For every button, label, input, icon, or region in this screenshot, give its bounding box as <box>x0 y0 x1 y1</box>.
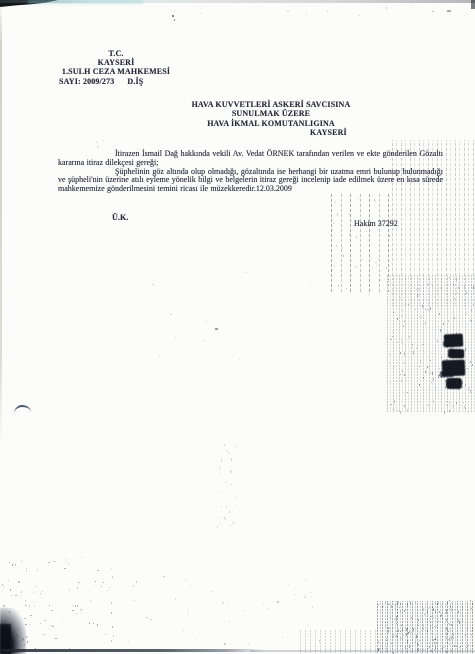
scan-speckle <box>95 581 96 582</box>
scan-speckle <box>432 607 433 608</box>
scan-speckle <box>66 561 67 562</box>
scan-speckle <box>401 315 402 317</box>
scan-artifact-bottom-edge-faint <box>250 650 475 652</box>
scan-speckle <box>453 337 454 339</box>
scan-speckle <box>458 621 459 622</box>
scan-speckle <box>69 648 70 649</box>
scan-speckle <box>75 605 76 607</box>
scan-speckle <box>435 646 436 649</box>
scan-speckle <box>221 460 222 462</box>
scan-speckle <box>349 233 350 235</box>
scan-speckle <box>448 639 449 640</box>
scan-mark <box>174 19 175 21</box>
scan-speckle <box>225 517 226 520</box>
scan-speckle <box>27 641 28 643</box>
scan-speckle <box>393 627 394 628</box>
scan-speckle <box>453 284 454 286</box>
scan-speckle <box>26 636 27 638</box>
scan-speckle <box>231 470 232 473</box>
scan-speckle <box>105 634 107 635</box>
scan-speckle <box>404 610 405 612</box>
scan-speckle <box>22 638 24 640</box>
scan-speckle <box>430 628 431 630</box>
scan-speckle <box>15 564 16 566</box>
scan-speckle <box>413 628 414 630</box>
scan-speckle <box>416 289 417 290</box>
scan-speckle <box>386 640 387 641</box>
court-name: 1.SULH CEZA MAHKEMESİ <box>36 67 196 76</box>
scan-speckle <box>312 606 313 608</box>
scan-speckle <box>77 587 78 589</box>
scan-speckle <box>404 393 405 394</box>
scan-speckle <box>471 634 472 635</box>
scan-speckle <box>409 336 410 338</box>
scan-speckle <box>400 645 401 647</box>
scan-speckle <box>465 348 466 351</box>
scan-speckle <box>423 624 424 626</box>
scan-speckle <box>34 606 35 607</box>
scan-speckle <box>445 380 446 382</box>
scan-speckle <box>37 569 38 571</box>
scan-artifact-ink-blob <box>444 334 464 348</box>
scan-speckle <box>457 293 458 294</box>
scan-speckle <box>398 629 399 632</box>
scan-speckle <box>446 619 447 621</box>
scan-speckle <box>443 647 444 648</box>
scan-speckle <box>400 603 401 605</box>
scan-speckle <box>396 631 397 632</box>
scan-speckle <box>448 370 449 372</box>
scan-speckle <box>402 378 403 379</box>
scan-speckle <box>411 3 412 4</box>
scan-speckle <box>453 406 454 407</box>
scan-speckle <box>358 198 359 199</box>
scan-speckle <box>388 627 389 629</box>
scan-speckle <box>148 6 149 7</box>
scan-speckle <box>29 624 30 625</box>
scan-speckle <box>388 300 389 301</box>
scan-speckle <box>401 310 402 311</box>
scan-speckle <box>427 611 428 613</box>
scan-speckle <box>401 625 402 626</box>
scan-speckle <box>471 631 472 632</box>
scan-speckle <box>51 610 52 611</box>
scan-artifact-left-edge-line <box>0 0 2 450</box>
scan-speckle <box>418 619 419 621</box>
scan-speckle <box>203 340 204 342</box>
scan-speckle <box>97 570 98 571</box>
scan-speckle <box>319 640 320 642</box>
scan-speckle <box>219 467 220 469</box>
scan-speckle <box>400 374 401 375</box>
scan-speckle <box>419 366 420 367</box>
scan-speckle <box>430 625 431 627</box>
scan-speckle <box>397 602 398 605</box>
scan-speckle <box>394 619 395 620</box>
letter-body: İtirazen İsmail Dağ hakkında vekili Av. … <box>58 150 443 194</box>
scan-speckle <box>466 313 467 314</box>
scan-speckle <box>446 359 447 360</box>
scan-speckle <box>327 342 328 343</box>
scan-speckle <box>441 357 442 358</box>
scan-speckle <box>447 646 448 647</box>
scan-speckle <box>229 471 230 472</box>
scan-speckle <box>146 617 148 618</box>
scan-artifact-bottom-edge-line <box>0 649 266 652</box>
scan-speckle <box>309 286 310 287</box>
scan-speckle <box>389 354 390 355</box>
scan-speckle <box>471 320 472 322</box>
scan-speckle <box>185 579 186 580</box>
scan-speckle <box>442 647 443 649</box>
scan-speckle <box>404 321 405 322</box>
scan-speckle <box>396 616 397 617</box>
scan-speckle <box>456 381 457 384</box>
scan-speckle <box>96 141 97 143</box>
scan-speckle <box>199 633 200 634</box>
scan-speckle <box>419 316 420 317</box>
scan-speckle <box>220 470 221 471</box>
scan-speckle <box>400 611 401 612</box>
scan-speckle <box>267 608 268 609</box>
scan-speckle <box>396 601 397 602</box>
scan-speckle <box>468 389 469 390</box>
scan-speckle <box>471 287 472 288</box>
scan-speckle <box>40 623 41 624</box>
scan-speckle <box>385 643 386 645</box>
scan-speckle <box>413 629 414 632</box>
scan-artifact-bottom-right-noise <box>377 601 475 654</box>
scan-speckle <box>69 589 70 591</box>
scan-speckle <box>111 640 112 642</box>
scan-speckle <box>406 651 407 652</box>
scan-speckle <box>423 626 424 627</box>
scan-speckle <box>378 604 379 605</box>
scan-speckle <box>18 628 19 630</box>
scan-mark <box>447 10 451 12</box>
scan-artifact-ink-blob <box>442 360 466 377</box>
scan-speckle <box>472 630 473 631</box>
scan-speckle <box>446 612 447 614</box>
court-header: T.C. KAYSERİ 1.SULH CEZA MAHKEMESİ SAYI:… <box>36 49 196 86</box>
scan-speckle <box>470 390 471 393</box>
scan-speckle <box>239 359 240 360</box>
scan-speckle <box>440 605 441 606</box>
scan-speckle <box>229 511 230 513</box>
scan-speckle <box>434 626 435 627</box>
scan-speckle <box>342 247 343 249</box>
scan-speckle <box>433 608 434 611</box>
scan-speckle <box>419 384 420 386</box>
scan-speckle <box>227 605 228 606</box>
scan-speckle <box>444 646 445 647</box>
scan-speckle <box>446 401 447 402</box>
scan-speckle <box>78 582 80 583</box>
scan-speckle <box>444 321 445 322</box>
scan-speckle <box>407 603 408 606</box>
scan-speckle <box>401 380 402 382</box>
scan-artifact-dotted-lines <box>331 194 389 294</box>
scan-speckle <box>465 384 466 386</box>
scan-speckle <box>233 470 234 471</box>
scan-speckle <box>359 214 360 215</box>
scan-speckle <box>152 284 154 285</box>
scan-speckle <box>433 378 434 381</box>
scan-speckle <box>453 633 454 636</box>
recipient-line-1: HAVA KUVVETLERİ ASKERİ SAVCISINA <box>152 100 390 109</box>
scan-speckle <box>463 354 464 355</box>
scan-speckle <box>44 620 46 621</box>
scan-speckle <box>221 506 222 507</box>
scan-speckle <box>427 283 428 286</box>
scan-speckle <box>220 523 221 525</box>
scan-speckle <box>386 651 387 652</box>
scan-speckle <box>451 636 452 639</box>
scan-speckle <box>134 600 135 601</box>
scan-speckle <box>51 625 52 626</box>
scan-speckle <box>429 646 430 648</box>
scan-speckle <box>436 643 437 644</box>
scan-speckle <box>425 322 426 324</box>
scan-speckle <box>233 522 234 524</box>
scan-speckle <box>380 625 381 626</box>
scan-speckle <box>21 591 22 593</box>
scan-speckle <box>9 634 11 636</box>
scan-speckle <box>396 623 397 624</box>
scan-speckle <box>231 484 232 485</box>
scan-speckle <box>448 320 449 322</box>
scan-speckle <box>409 601 410 602</box>
scan-speckle <box>417 628 418 629</box>
scan-speckle <box>16 635 18 636</box>
scan-speckle <box>446 636 447 637</box>
scan-speckle <box>111 568 112 569</box>
scan-speckle <box>11 595 12 596</box>
scan-speckle <box>418 288 419 290</box>
scan-speckle <box>24 618 26 619</box>
scan-speckle <box>392 336 393 337</box>
scan-speckle <box>226 506 227 507</box>
scan-speckle <box>441 648 442 649</box>
scan-speckle <box>464 286 465 288</box>
scan-speckle <box>418 401 419 402</box>
scan-speckle <box>10 589 11 591</box>
scan-speckle <box>357 263 358 264</box>
scan-speckle <box>465 634 466 636</box>
scan-speckle <box>355 266 356 268</box>
scan-speckle <box>425 299 426 300</box>
scan-speckle <box>111 602 112 604</box>
scan-speckle <box>26 570 27 571</box>
scan-speckle <box>459 647 460 648</box>
scan-speckle <box>412 618 413 619</box>
scan-speckle <box>3 586 4 587</box>
scan-speckle <box>449 277 450 278</box>
scan-artifact-top-right-tick <box>471 0 475 9</box>
scan-speckle <box>334 265 335 267</box>
scan-speckle <box>29 605 30 607</box>
scan-speckle <box>429 642 430 644</box>
scan-speckle <box>469 387 470 389</box>
scan-speckle <box>402 629 403 631</box>
scan-speckle <box>429 620 430 621</box>
scan-speckle <box>446 638 447 639</box>
scan-speckle <box>183 630 184 631</box>
scan-artifact-ink-blob <box>448 349 464 359</box>
scan-speckle <box>401 338 402 339</box>
scan-speckle <box>441 614 442 616</box>
scan-speckle <box>12 564 13 566</box>
scan-speckle <box>402 638 403 639</box>
scan-speckle <box>55 638 57 639</box>
scan-mark <box>432 11 434 12</box>
scan-speckle <box>200 13 201 14</box>
scanned-document-page: T.C. KAYSERİ 1.SULH CEZA MAHKEMESİ SAYI:… <box>0 0 475 654</box>
scan-speckle <box>72 610 74 611</box>
scan-speckle <box>459 364 460 365</box>
scan-speckle <box>410 602 411 605</box>
scan-speckle <box>419 632 420 633</box>
scan-speckle <box>431 616 432 617</box>
scan-speckle <box>431 284 432 285</box>
scan-speckle <box>175 337 176 338</box>
scan-speckle <box>381 634 382 635</box>
scan-speckle <box>402 609 403 610</box>
scan-speckle <box>112 576 113 578</box>
scan-speckle <box>2 584 3 585</box>
scan-speckle <box>416 635 417 638</box>
scan-speckle <box>409 630 410 633</box>
scan-speckle <box>456 646 457 647</box>
scan-speckle <box>9 611 10 613</box>
scan-speckle <box>362 259 363 260</box>
scan-speckle <box>9 562 10 563</box>
scan-speckle <box>222 602 224 604</box>
scan-speckle <box>244 610 245 611</box>
scan-speckle <box>415 308 416 310</box>
clerk-initials: Ü.K. <box>112 213 128 222</box>
scan-speckle <box>427 648 428 649</box>
scan-speckle <box>451 610 452 611</box>
scan-speckle <box>395 604 396 606</box>
scan-speckle <box>223 480 224 481</box>
scan-speckle <box>371 244 372 245</box>
scan-speckle <box>411 632 412 633</box>
scan-speckle <box>389 235 390 237</box>
scan-speckle <box>447 642 448 643</box>
scan-speckle <box>382 647 383 649</box>
scan-speckle <box>378 641 379 643</box>
scan-speckle <box>397 615 398 617</box>
scan-artifact-bottom-left-core <box>0 624 11 654</box>
scan-speckle <box>433 645 434 646</box>
scan-speckle <box>404 352 405 355</box>
scan-speckle <box>224 444 225 446</box>
scan-speckle <box>428 405 429 406</box>
scan-speckle <box>431 633 432 634</box>
scan-speckle <box>22 640 23 641</box>
scan-speckle <box>224 643 226 645</box>
scan-speckle <box>437 603 438 605</box>
scan-speckle <box>295 594 296 595</box>
scan-speckle <box>456 402 457 404</box>
scan-speckle <box>447 405 448 406</box>
scan-speckle <box>229 621 230 622</box>
scan-speckle <box>468 411 469 413</box>
scan-speckle <box>429 366 430 367</box>
scan-speckle <box>432 627 433 628</box>
scan-speckle <box>386 638 387 639</box>
scan-speckle <box>333 222 334 224</box>
scan-speckle <box>472 645 473 646</box>
judge-signature: Hakim 37292 <box>354 219 398 228</box>
scan-speckle <box>400 638 401 639</box>
scan-speckle <box>190 585 191 586</box>
scan-speckle <box>404 405 405 407</box>
scan-speckle <box>433 617 434 618</box>
scan-speckle <box>451 650 452 652</box>
scan-speckle <box>389 623 390 624</box>
scan-speckle <box>433 382 434 383</box>
scan-speckle <box>407 628 408 630</box>
scan-speckle <box>192 634 193 635</box>
scan-speckle <box>413 351 414 354</box>
scan-speckle <box>427 366 428 368</box>
scan-speckle <box>447 634 448 635</box>
scan-speckle <box>427 630 428 632</box>
scan-speckle <box>277 601 279 603</box>
scan-speckle <box>90 600 91 602</box>
scan-speckle <box>393 637 394 638</box>
scan-speckle <box>375 262 377 263</box>
scan-speckle <box>54 561 55 562</box>
scan-speckle <box>97 146 99 148</box>
scan-speckle <box>226 481 227 483</box>
scan-speckle <box>423 608 424 611</box>
scan-speckle <box>31 617 32 618</box>
scan-speckle <box>418 644 419 646</box>
scan-speckle <box>229 452 230 454</box>
scan-speckle <box>335 201 336 203</box>
scan-speckle <box>437 609 438 610</box>
scan-speckle <box>470 600 471 601</box>
scan-speckle <box>449 643 450 645</box>
scan-speckle <box>304 596 305 597</box>
scan-speckle <box>310 592 311 593</box>
case-type: D.İŞ <box>127 77 143 86</box>
scan-speckle <box>221 458 222 459</box>
scan-speckle <box>423 377 424 379</box>
scan-speckle <box>415 602 416 603</box>
scan-speckle <box>33 592 34 593</box>
scan-speckle <box>407 640 408 643</box>
scan-speckle <box>411 617 412 618</box>
scan-speckle <box>435 638 436 640</box>
scan-speckle <box>428 309 429 311</box>
scan-speckle <box>454 317 455 319</box>
body-paragraph-2: Şüphelinin göz altında olup olmadığı, gö… <box>58 168 443 194</box>
scan-speckle <box>236 445 237 446</box>
scan-speckle <box>103 140 104 141</box>
recipient-block: HAVA KUVVETLERİ ASKERİ SAVCISINA SUNULMA… <box>152 100 390 137</box>
scan-speckle <box>382 643 383 645</box>
scan-speckle <box>416 348 417 349</box>
scan-speckle <box>171 623 172 624</box>
scan-speckle <box>438 621 439 622</box>
recipient-line-3: HAVA İKMAL KOMUTANLIGINA <box>152 119 390 128</box>
scan-speckle <box>462 337 463 340</box>
scan-speckle <box>385 626 386 627</box>
